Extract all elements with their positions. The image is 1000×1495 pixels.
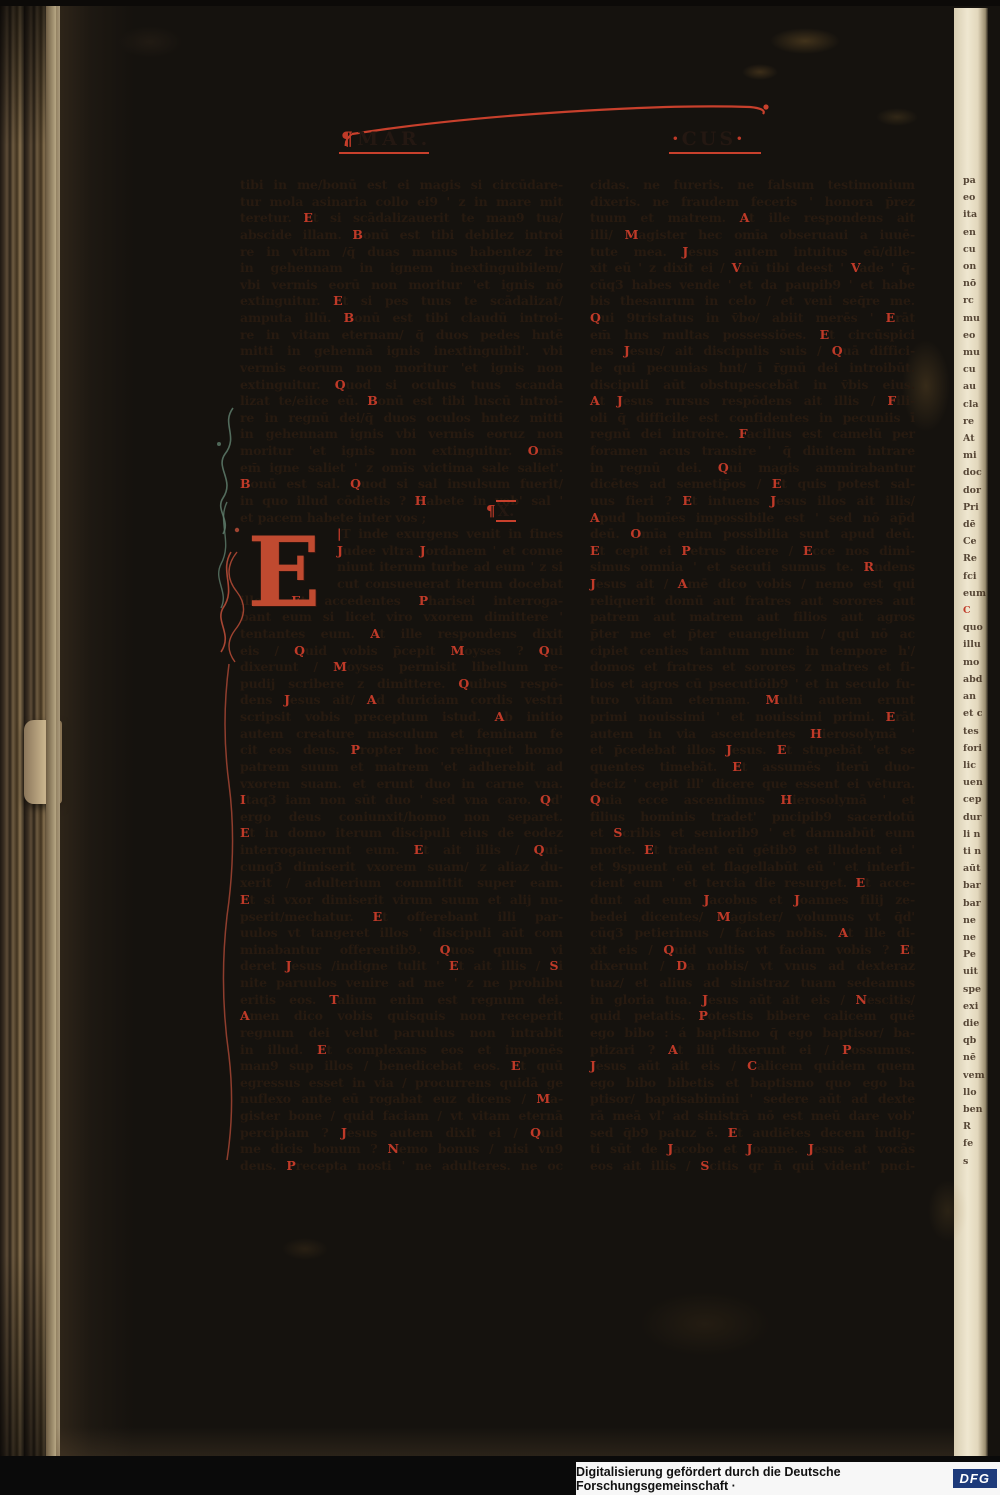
edge-fragment: die: [963, 1015, 987, 1032]
text-line: Itaq3 iam non sūt duo ' sed vna caro. Qd…: [240, 792, 563, 809]
edge-fragment: cla: [963, 396, 987, 413]
text-line: minabantur offerentib9. Quos quum vi: [240, 942, 563, 959]
text-line: cūq3 habes vende ' et da paupib9 ' et ha…: [590, 277, 915, 294]
text-line: amputa illū. Bonū est tibi claudū introi…: [240, 310, 563, 327]
text-line: uus fieri ? Et intuens Jesus illos ait i…: [590, 493, 915, 510]
edge-fragment: au: [963, 378, 987, 395]
text-line: egressus esset in via / procurrens quidā…: [240, 1075, 563, 1092]
text-line: Jesus ait / Amē dico vobis / nemo est qu…: [590, 576, 915, 593]
text-line: autem creature masculum et feminam fe: [240, 726, 563, 743]
text-line: sed q̄b9 patuz ē. Et audiētes decem indi…: [590, 1125, 915, 1142]
text-line: morte. Et tradent eū gētib9 et illudent …: [590, 842, 915, 859]
edge-fragment: Ce: [963, 533, 987, 550]
edge-fragment: ne: [963, 912, 987, 929]
edge-fragment: rc: [963, 292, 987, 309]
edge-fragment: eo: [963, 189, 987, 206]
text-line: dixeris. ne fraudem feceris ' honora p̄r…: [590, 194, 915, 211]
text-line: pudij scribere z dimittere. Quibus respō…: [240, 676, 563, 693]
text-line: Quia ecce ascendimus Hierosolymā ' et: [590, 792, 915, 809]
text-line: ens Jesus/ ait discipulis suis / Quā dif…: [590, 343, 915, 360]
text-line: interrogauerunt eum. Et ait illis / Qui-: [240, 842, 563, 859]
edge-fragment: on: [963, 258, 987, 275]
text-line: dixerunt / Da nobis/ vt vnus ad dexteraz: [590, 958, 915, 975]
text-line: moritur 'et ignis non extinguitur. Omīs: [240, 443, 563, 460]
edge-fragment: doc: [963, 464, 987, 481]
stain: [770, 28, 840, 54]
text-line: turo vitam eternam. Multi autem erunt: [590, 692, 915, 709]
edge-fragment: vem: [963, 1067, 987, 1084]
text-line: tuum et matrem. At ille respondens ait: [590, 210, 915, 227]
text-line: tibi in me/bonū est ei magis si circūdar…: [240, 177, 563, 194]
text-line: re in vitam eternam/ q̄ duos pedes hntē: [240, 327, 563, 344]
header-paraph-icon: ¶: [341, 128, 357, 150]
header-underline: [339, 152, 429, 154]
text-line: At Jesus rursus respōdens ait illis / Fi…: [590, 393, 915, 410]
edge-fragment: R: [963, 1118, 987, 1135]
text-line: domos et fratres et sorores z matres et …: [590, 659, 915, 676]
running-header-left: ¶MAR.: [341, 128, 431, 150]
edge-fragment: lic: [963, 757, 987, 774]
text-line: lios et agros cū psecutiōib9 ' et in sec…: [590, 676, 915, 693]
text-line: foramen acus transire ' q̄ diuitem intra…: [590, 443, 915, 460]
scanned-page-root: paeoitaencuonnōrcmueomucuauclareAtmidocd…: [0, 0, 1000, 1495]
text-line: re in regnū dei/q̄ duos oculos hntez mit…: [240, 410, 563, 427]
edge-fragment: li n: [963, 826, 987, 843]
text-line: et 9spuent eū et flagellabūt eū ' et int…: [590, 859, 915, 876]
text-line: cūq3 petierimus / facias nobis. At ille …: [590, 925, 915, 942]
text-line: primi nouissimi ' et nouissimi primi. Er…: [590, 709, 915, 726]
edge-fragment: mi: [963, 447, 987, 464]
edge-fragment: bar: [963, 877, 987, 894]
text-line: p̄ter me et p̄ter euangelium / qui nō ac: [590, 626, 915, 643]
text-line: in regnū dei. Qui magis ammirabantur: [590, 460, 915, 477]
text-line: uulos vt tangeret illos ' discipuli aūt …: [240, 925, 563, 942]
text-line: cunq3 dimiserit vxorem suam/ z aliaz du-: [240, 859, 563, 876]
text-line: vxorem suam. et erunt duo in carne vna.: [240, 776, 563, 793]
margin-pen-flourish-icon: [213, 402, 247, 1182]
text-line: ego bibo bibetis et baptismo quo ego ba: [590, 1075, 915, 1092]
edge-fragment: bar: [963, 895, 987, 912]
chapter-numeral: X.: [496, 500, 517, 522]
text-line: deus. Precepta nosti ' ne adulteres. ne …: [240, 1158, 563, 1175]
text-line: quentes timebāt. Et assumēs iterū duo-: [590, 759, 915, 776]
text-line: percipiam ? Jesus autem dixit ei / Quid: [240, 1125, 563, 1142]
edge-fragment: cep: [963, 791, 987, 808]
text-line: et p̄cedebat illos Jesus. Et stupebāt 'e…: [590, 742, 915, 759]
drop-cap-initial: E: [236, 528, 332, 624]
edge-fragment: Re: [963, 550, 987, 567]
edge-fragment: abd: [963, 671, 987, 688]
stain: [282, 1238, 328, 1260]
edge-fragment: fe: [963, 1135, 987, 1152]
stain: [640, 1292, 770, 1356]
stain: [876, 108, 918, 126]
edge-fragment: mu: [963, 310, 987, 327]
text-line: reliquerit domū aut fratres aut sorores …: [590, 593, 915, 610]
text-line: ti sūt de Jacobo et Joanne. Jesus at voc…: [590, 1141, 915, 1158]
text-line: Et si vxor dimiserit virum suum et alij …: [240, 892, 563, 909]
text-line: lizat te/eiice eū. Bonū est tibi luscū i…: [240, 393, 563, 410]
text-line: et Scribis et seniorib9 ' et damnabūt eu…: [590, 825, 915, 842]
edge-fragment: nō: [963, 275, 987, 292]
text-line: gister bone / quid faciam / vt vitam ete…: [240, 1108, 563, 1125]
text-line: Jesus aūt ait eis / Calicem quidem quem: [590, 1058, 915, 1075]
header-underline: [669, 152, 761, 154]
text-line: tur mola asinaria collo ei9 ' z in mare …: [240, 194, 563, 211]
text-line: nite paruulos venire ad me ' z ne prohib…: [240, 975, 563, 992]
text-line: extinguitur. Quod si oculus tuus scanda: [240, 377, 563, 394]
edge-fragment: C: [963, 602, 987, 619]
text-line: dicētes ad semetip̄os / Et quis potest s…: [590, 476, 915, 493]
text-line: Amen dico vobis quisquis non receperit: [240, 1008, 563, 1025]
text-column-left: tibi in me/bonū est ei magis si circūdar…: [240, 177, 563, 1175]
text-line: deū. Omīa enim possibilia sunt apud deū.: [590, 526, 915, 543]
edge-fragment: tes: [963, 723, 987, 740]
text-line: in gloria tua. Jesus aūt ait eis / Nesci…: [590, 992, 915, 1009]
edge-fragment: Pe: [963, 946, 987, 963]
edge-fragment: spe: [963, 981, 987, 998]
text-line: le qui pecunias hnt/ ī r̄gnū dei introib…: [590, 360, 915, 377]
edge-fragment: uit: [963, 963, 987, 980]
text-line: cipiet centies tantum nunc in tempore h'…: [590, 643, 915, 660]
edge-fragment: ti n: [963, 843, 987, 860]
text-line: quid petatis. Potestis bibere calicem qu…: [590, 1008, 915, 1025]
text-line: eis / Quid vobis p̄cepit Moyses ? Qui: [240, 643, 563, 660]
edge-fragment: dur: [963, 809, 987, 826]
edge-fragment: ita: [963, 206, 987, 223]
text-line: autem in via ascendentes Hierosolymā ': [590, 726, 915, 743]
edge-fragment: dē: [963, 516, 987, 533]
text-line: dens Jesus ait/ Ad duriciam cordis vestr…: [240, 692, 563, 709]
text-line: re in vitam /q̄ duas manus habentez ire: [240, 244, 563, 261]
text-line: ptizari ? At illi dixerunt ei / Possumus…: [590, 1042, 915, 1059]
edge-fragment: an: [963, 688, 987, 705]
chapter-marker: ¶X.: [486, 502, 516, 520]
edge-fragment: uen: [963, 774, 987, 791]
text-line: patrem aut matrem aut filios aut agros: [590, 609, 915, 626]
text-line: nuflexo ante eū rogabat euz dicens / Ma-: [240, 1091, 563, 1108]
text-line: simus omnia ' et secuti sumus te. Rndens: [590, 559, 915, 576]
text-line: xit eū ' z dixit ei / Vnū tibi deest ' V…: [590, 260, 915, 277]
text-line: dixerunt / Moyses permisit libellum re-: [240, 659, 563, 676]
text-line: Bonū est sal. Quod si sal insulsum fueri…: [240, 476, 563, 493]
edge-fragment: llo: [963, 1084, 987, 1101]
text-line: vbi vermis eorū non moritur 'et ignis nō: [240, 277, 563, 294]
text-line: ergo deus coniunxit/homo non separet.: [240, 809, 563, 826]
text-line: vermis eorum non moritur 'et ignis non: [240, 360, 563, 377]
text-line: Apud homīes impossibile est ' sed nō ap̄…: [590, 510, 915, 527]
text-line: regnū dei introire. Facilius est camelū …: [590, 426, 915, 443]
edge-fragment: aūt: [963, 860, 987, 877]
text-line: deciz ' cepit ill' dicere que essent ei …: [590, 776, 915, 793]
edge-fragment: mu: [963, 344, 987, 361]
text-line: in gehennam in ignem inextinguibilem/: [240, 260, 563, 277]
scan-top-edge: [0, 0, 1000, 6]
text-line: in illud. Et complexans eos et imponēs: [240, 1042, 563, 1059]
footer-credit-text: Digitalisierung gefördert durch die Deut…: [576, 1465, 946, 1493]
dfg-logo: DFG: [953, 1469, 997, 1488]
text-line: cit eos deus. Propter hoc relinquet homo: [240, 742, 563, 759]
edge-fragment: ne: [963, 929, 987, 946]
text-line: abscide illam. Bonū est tibi debilez int…: [240, 227, 563, 244]
edge-fragment: pa: [963, 172, 987, 189]
text-line: xit eis / Quid vultis vt faciam vobis ? …: [590, 942, 915, 959]
text-line: patrem suum et matrem 'et adherebit ad: [240, 759, 563, 776]
text-line: pserit/mechatur. Et offerebant illi par-: [240, 909, 563, 926]
edge-fragment: nē: [963, 1049, 987, 1066]
stain: [118, 26, 182, 58]
edge-fragment: exi: [963, 998, 987, 1015]
text-line: me dicis bonum ? Nemo bonus / nisi vn9: [240, 1141, 563, 1158]
text-line: ptisor/ baptisabimini ' sedere aūt ad de…: [590, 1091, 915, 1108]
edge-fragment: cu: [963, 241, 987, 258]
text-line: discipuli aūt obstupescebāt in v̄bis eiu…: [590, 377, 915, 394]
edge-fragment: dor: [963, 482, 987, 499]
text-line: regnum dei velut paruulus non intrabit: [240, 1025, 563, 1042]
text-line: xerit / adulterium committit super eam.: [240, 875, 563, 892]
edge-fragment: ben: [963, 1101, 987, 1118]
text-line: teretur. Et si scādalizauerit te man9 tu…: [240, 210, 563, 227]
edge-fragment: At: [963, 430, 987, 447]
edge-fragment: fci: [963, 568, 987, 585]
text-column-right: cidas. ne fureris. ne falsum testimonium…: [590, 177, 915, 1175]
edge-fragment: s: [963, 1153, 987, 1170]
stain: [742, 64, 778, 80]
edge-fragment: re: [963, 413, 987, 430]
footer-credit: Digitalisierung gefördert durch die Deut…: [576, 1462, 1000, 1495]
edge-fragment: fori: [963, 740, 987, 757]
text-line: cidas. ne fureris. ne falsum testimonium: [590, 177, 915, 194]
edge-fragment: cu: [963, 361, 987, 378]
text-line: em̄ igne saliet ' z omīs victima sale sa…: [240, 460, 563, 477]
text-line: filius hominis tradet' pncipib9 sacerdot…: [590, 809, 915, 826]
text-line: eos ait illis / Scitis qr ñ qui vident' …: [590, 1158, 915, 1175]
edge-fragment: et c: [963, 705, 987, 722]
page-edge-text-fragments: paeoitaencuonnōrcmueomucuauclareAtmidocd…: [963, 172, 987, 1172]
text-line: Et cepit ei Petrus dicere / Ecce nos dim…: [590, 543, 915, 560]
edge-fragment: qb: [963, 1032, 987, 1049]
text-line: in gehennam ignis vbi vermis eoruz non: [240, 426, 563, 443]
text-line: em̄ hns multas possessiōes. Et circūspic…: [590, 327, 915, 344]
edge-fragment: en: [963, 224, 987, 241]
text-line: Qui 9tristatus in v̄bo/ abiit merēs ' Er…: [590, 310, 915, 327]
edge-fragment: mo: [963, 654, 987, 671]
text-line: rā meā vl' ad sinistrā nō est meū dare v…: [590, 1108, 915, 1125]
text-line: man9 sup illos / benedicebat eos. Et quū: [240, 1058, 563, 1075]
edge-fragment: quo: [963, 619, 987, 636]
text-line: mitti in gehennā ignis inextinguibil'. v…: [240, 343, 563, 360]
text-line: illi/ Magister hec omīa obseruaui a iuuē…: [590, 227, 915, 244]
text-line: dunt ad eum Jacobus et Joannes filij ze-: [590, 892, 915, 909]
text-line: ego bibo : á baptismo q̄ ego baptisor/ b…: [590, 1025, 915, 1042]
chapter-pilcrow-icon: ¶: [486, 502, 496, 520]
edge-fragment: eo: [963, 327, 987, 344]
text-line: tuaz/ et alius ad sinistraz tuam sedeamu…: [590, 975, 915, 992]
text-line: oli q̄ difficile est confidentes in pecu…: [590, 410, 915, 427]
text-line: Et in domo iterum discipuli eius de eode…: [240, 825, 563, 842]
stain: [928, 1180, 968, 1242]
text-line: deret Jesus /indigne tulit ' Et ait illi…: [240, 958, 563, 975]
running-header-right: ·CUS·: [672, 128, 746, 150]
edge-fragment: eum: [963, 585, 987, 602]
edge-fragment: illu: [963, 636, 987, 653]
text-line: extinguitur. Et si pes tuus te scādaliza…: [240, 293, 563, 310]
edge-fragment: Pri: [963, 499, 987, 516]
text-line: tute mea. Jesus autem intuitus eū/dile-: [590, 244, 915, 261]
text-line: scripsit vobis preceptum istud. Ab initi…: [240, 709, 563, 726]
text-line: eritis eos. Talium enim est regnum dei.: [240, 992, 563, 1009]
text-line: bis thesaurum in celo / et veni seq̄re m…: [590, 293, 915, 310]
text-line: cient eum ' et tercia die resurget. Et a…: [590, 875, 915, 892]
text-line: bedei dicentes/ Magister/ volumus vt q̄d…: [590, 909, 915, 926]
